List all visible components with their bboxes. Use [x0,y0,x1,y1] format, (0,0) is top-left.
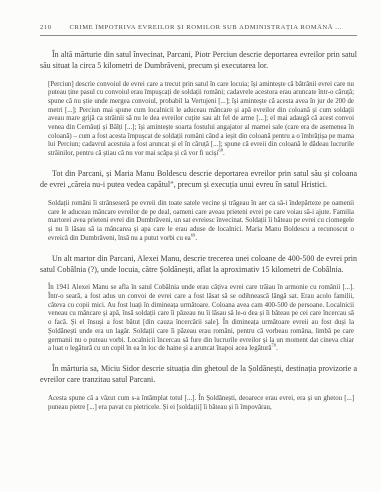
page-number: 210 [40,24,52,31]
block-quote-1: [Perciun] descrie convoiul de evrei care… [48,81,354,159]
book-page: 210 CRIME ÎMPOTRIVA EVREILOR ȘI ROMILOR … [0,0,381,492]
running-head: CRIME ÎMPOTRIVA EVREILOR ȘI ROMILOR SUB … [70,24,342,31]
quote-2-text: Soldații români îi strânseseră pe evreii… [48,200,354,242]
quote-2-period: . [195,235,197,242]
paragraph-1: În altă mărturie din satul învecinat, Pa… [40,49,357,71]
paragraph-2: Tot din Parcani, și Maria Manu Boldescu … [40,168,357,190]
quote-4-text: Acesta spune că a văzut cum s-a întâmpla… [48,395,354,411]
quote-3-text: În 1941 Alexei Manu se afla în satul Cob… [48,284,354,352]
block-quote-4: Acesta spune că a văzut cum s-a întâmpla… [48,395,354,412]
block-quote-2: Soldații români îi strânseseră pe evreii… [48,200,354,244]
block-quote-3: În 1941 Alexei Manu se afla în satul Cob… [48,284,354,354]
page-header: 210 CRIME ÎMPOTRIVA EVREILOR ȘI ROMILOR … [40,24,357,36]
quote-3-period: . [276,345,278,352]
quote-1-text: [Perciun] descrie convoiul de evrei care… [48,81,354,158]
quote-1-period: . [223,150,225,157]
paragraph-3: Un alt martor din Parcani, Alexei Manu, … [40,253,357,275]
paragraph-4: În mărturia sa, Miciu Sidor descrie situ… [40,363,357,385]
page-body: În altă mărturie din satul învecinat, Pa… [40,49,357,412]
